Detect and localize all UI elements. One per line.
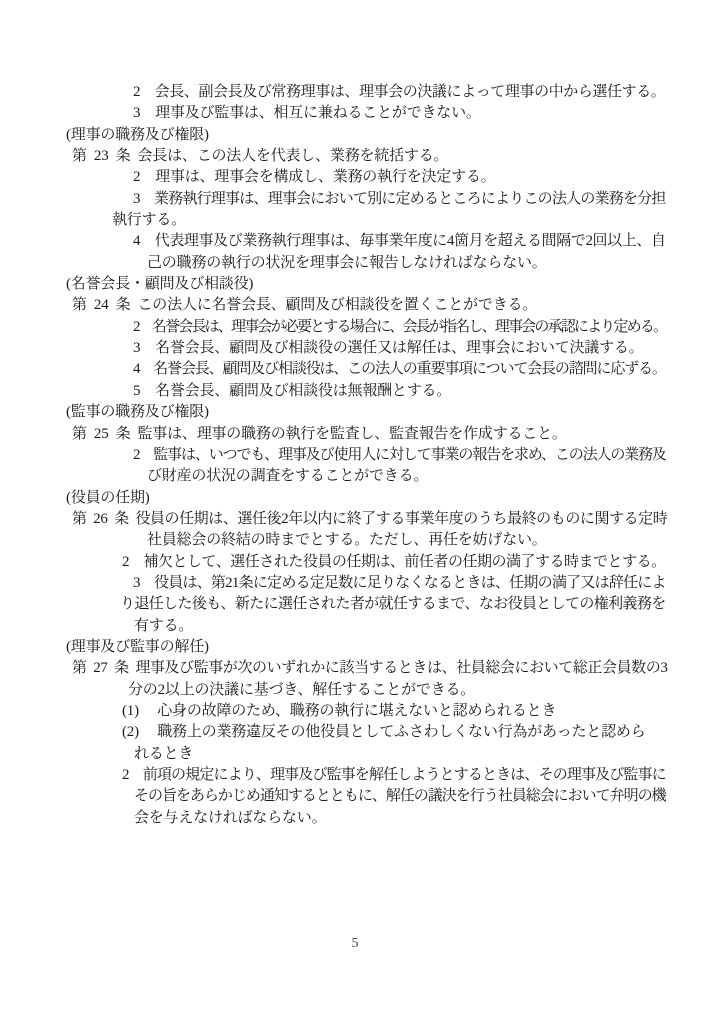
document-line-text: 第 26 条 役員の任期は、選任後2年以内に終了する事業年度のうち最終のものに関… (72, 509, 667, 530)
document-line-text: 第 25 条 監事は、理事の職務の執行を監査し、監査報告を作成すること。 (72, 424, 567, 445)
document-line-text: (理事の職務及び権限) (66, 125, 209, 146)
document-line: 有する。 (0, 616, 724, 637)
document-line: 第 27 条 理事及び監事が次のいずれかに該当するときは、社員総会において総正会… (0, 658, 724, 679)
document-line: 2 理事は、理事会を構成し、業務の執行を決定する。 (0, 167, 724, 188)
document-line: その旨をあらかじめ通知するとともに、解任の議決を行う社員総会において弁明の機 (0, 786, 724, 807)
document-line-text: 4 代表理事及び業務執行理事は、毎事業年度に4箇月を超える間隔で2回以上、自 (133, 231, 666, 252)
document-line-text: 2 名誉会長は、理事会が必要とする場合に、会長が指名し、理事会の承認により定める… (133, 317, 666, 338)
document-line: 分の2以上の決議に基づき、解任することができる。 (0, 680, 724, 701)
document-line-text: 第 23 条 会長は、この法人を代表し、業務を統括する。 (72, 146, 448, 167)
document-line: (名誉会長・顧問及び相談役) (0, 274, 724, 295)
document-line: 3 役員は、第21条に定める定足数に足りなくなるときは、任期の満了又は辞任によ (0, 573, 724, 594)
document-line: 第 26 条 役員の任期は、選任後2年以内に終了する事業年度のうち最終のものに関… (0, 509, 724, 530)
document-line: 3 業務執行理事は、理事会において別に定めるところによりこの法人の業務を分担 (0, 189, 724, 210)
document-line-text: 有する。 (134, 616, 193, 637)
document-line-text: り退任した後も、新たに選任された者が就任するまで、なお役員としての権利義務を (120, 594, 666, 615)
document-line: (役員の任期) (0, 488, 724, 509)
document-line: 2 前項の規定により、理事及び監事を解任しようとするときは、その理事及び監事に (0, 765, 724, 786)
document-line-text: 2 監事は、いつでも、理事及び使用人に対して事業の報告を求め、この法人の業務及 (133, 445, 666, 466)
document-line: 2 名誉会長は、理事会が必要とする場合に、会長が指名し、理事会の承認により定める… (0, 317, 724, 338)
document-line: (1) 心身の故障のため、職務の執行に堪えないと認められるとき (0, 701, 724, 722)
document-line-text: 己の職務の執行の状況を理事会に報告しなければならない。 (147, 253, 547, 274)
document-line: 2 補欠として、選任された役員の任期は、前任者の任期の満了する時までとする。 (0, 552, 724, 573)
document-line-text: 3 名誉会長、顧問及び相談役の選任又は解任は、理事会において決議する。 (133, 338, 644, 359)
document-line-text: 3 業務執行理事は、理事会において別に定めるところによりこの法人の業務を分担 (133, 189, 666, 210)
document-line: 第 24 条 この法人に名誉会長、顧問及び相談役を置くことができる。 (0, 295, 724, 316)
document-line-text: 5 名誉会長、顧問及び相談役は無報酬とする。 (133, 381, 451, 402)
document-line: 第 23 条 会長は、この法人を代表し、業務を統括する。 (0, 146, 724, 167)
document-line-text: (1) 心身の故障のため、職務の執行に堪えないと認められるとき (122, 701, 556, 722)
document-line-text: 2 理事は、理事会を構成し、業務の執行を決定する。 (133, 167, 496, 188)
document-line: 3 理事及び監事は、相互に兼ねることができない。 (0, 103, 724, 124)
document-line-text: 分の2以上の決議に基づき、解任することができる。 (128, 680, 475, 701)
document-line-text: れるとき (134, 744, 193, 765)
document-line: 執行する。 (0, 210, 724, 231)
document-line: 社員総会の終結の時までとする。ただし、再任を妨げない。 (0, 530, 724, 551)
document-line-text: 3 理事及び監事は、相互に兼ねることができない。 (133, 103, 481, 124)
document-line-text: 2 会長、副会長及び常務理事は、理事会の決議によって理事の中から選任する。 (133, 82, 665, 103)
page-number: 5 (0, 936, 710, 952)
document-line: 2 会長、副会長及び常務理事は、理事会の決議によって理事の中から選任する。 (0, 82, 724, 103)
document-line-text: (役員の任期) (66, 488, 150, 509)
document-page: 2 会長、副会長及び常務理事は、理事会の決議によって理事の中から選任する。3 理… (0, 0, 724, 1024)
document-line: 4 名誉会長、顧問及び相談役は、この法人の重要事項について会長の諮問に応ずる。 (0, 359, 724, 380)
document-line: (理事及び監事の解任) (0, 637, 724, 658)
document-line: れるとき (0, 744, 724, 765)
document-body: 2 会長、副会長及び常務理事は、理事会の決議によって理事の中から選任する。3 理… (0, 82, 724, 829)
document-line: 5 名誉会長、顧問及び相談役は無報酬とする。 (0, 381, 724, 402)
document-line-text: 2 前項の規定により、理事及び監事を解任しようとするときは、その理事及び監事に (122, 765, 666, 786)
document-line: (監事の職務及び権限) (0, 402, 724, 423)
document-line-text: 4 名誉会長、顧問及び相談役は、この法人の重要事項について会長の諮問に応ずる。 (133, 359, 666, 380)
document-line: 第 25 条 監事は、理事の職務の執行を監査し、監査報告を作成すること。 (0, 424, 724, 445)
document-line-text: 第 27 条 理事及び監事が次のいずれかに該当するときは、社員総会において総正会… (72, 658, 667, 679)
document-line: (理事の職務及び権限) (0, 125, 724, 146)
document-line: (2) 職務上の業務違反その他役員としてふさわしくない行為があったと認めら (0, 722, 724, 743)
document-line: 己の職務の執行の状況を理事会に報告しなければならない。 (0, 253, 724, 274)
document-line-text: (理事及び監事の解任) (66, 637, 209, 658)
document-line: 会を与えなければならない。 (0, 808, 724, 829)
document-line-text: その旨をあらかじめ通知するとともに、解任の議決を行う社員総会において弁明の機 (134, 786, 666, 807)
document-line-text: 執行する。 (112, 210, 186, 231)
document-line: 3 名誉会長、顧問及び相談役の選任又は解任は、理事会において決議する。 (0, 338, 724, 359)
document-line-text: び財産の状況の調査をすることができる。 (147, 466, 428, 487)
document-line-text: 社員総会の終結の時までとする。ただし、再任を妨げない。 (147, 530, 547, 551)
document-line-text: 2 補欠として、選任された役員の任期は、前任者の任期の満了する時までとする。 (122, 552, 666, 573)
document-line-text: 会を与えなければならない。 (134, 808, 326, 829)
document-line-text: 第 24 条 この法人に名誉会長、顧問及び相談役を置くことができる。 (72, 295, 537, 316)
document-line-text: (監事の職務及び権限) (66, 402, 209, 423)
document-line: 4 代表理事及び業務執行理事は、毎事業年度に4箇月を超える間隔で2回以上、自 (0, 231, 724, 252)
document-line-text: 3 役員は、第21条に定める定足数に足りなくなるときは、任期の満了又は辞任によ (133, 573, 666, 594)
document-line-text: (2) 職務上の業務違反その他役員としてふさわしくない行為があったと認めら (122, 722, 646, 743)
document-line: 2 監事は、いつでも、理事及び使用人に対して事業の報告を求め、この法人の業務及 (0, 445, 724, 466)
document-line: び財産の状況の調査をすることができる。 (0, 466, 724, 487)
document-line-text: (名誉会長・顧問及び相談役) (66, 274, 253, 295)
document-line: り退任した後も、新たに選任された者が就任するまで、なお役員としての権利義務を (0, 594, 724, 615)
